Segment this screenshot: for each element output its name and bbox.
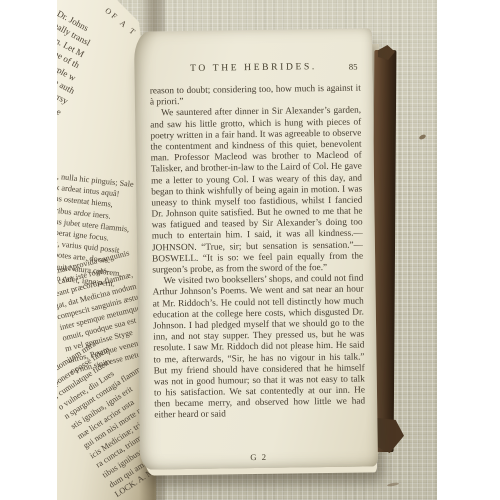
page-body-text: reason to doubt; considering too, how mu…	[150, 84, 366, 423]
book-photo: OF A T ngal. Dr. Johnswere really transl…	[57, 0, 437, 500]
running-head: TO THE HEBRIDES.	[134, 60, 372, 74]
cloth-stain	[418, 134, 426, 141]
left-running-head: OF A T	[103, 6, 139, 38]
paragraph: We sauntered after dinner in Sir Alexand…	[150, 106, 363, 277]
paragraph: We visited two booksellers’ shops, and c…	[152, 274, 365, 422]
signature-mark: G 2	[140, 450, 378, 463]
page-number: 85	[349, 62, 358, 72]
right-page: TO THE HEBRIDES. 85 reason to doubt; con…	[134, 28, 378, 469]
left-prose-fragments: ngal. Dr. Johnswere really transltten do…	[57, 0, 106, 119]
cloth-thread	[387, 482, 399, 487]
